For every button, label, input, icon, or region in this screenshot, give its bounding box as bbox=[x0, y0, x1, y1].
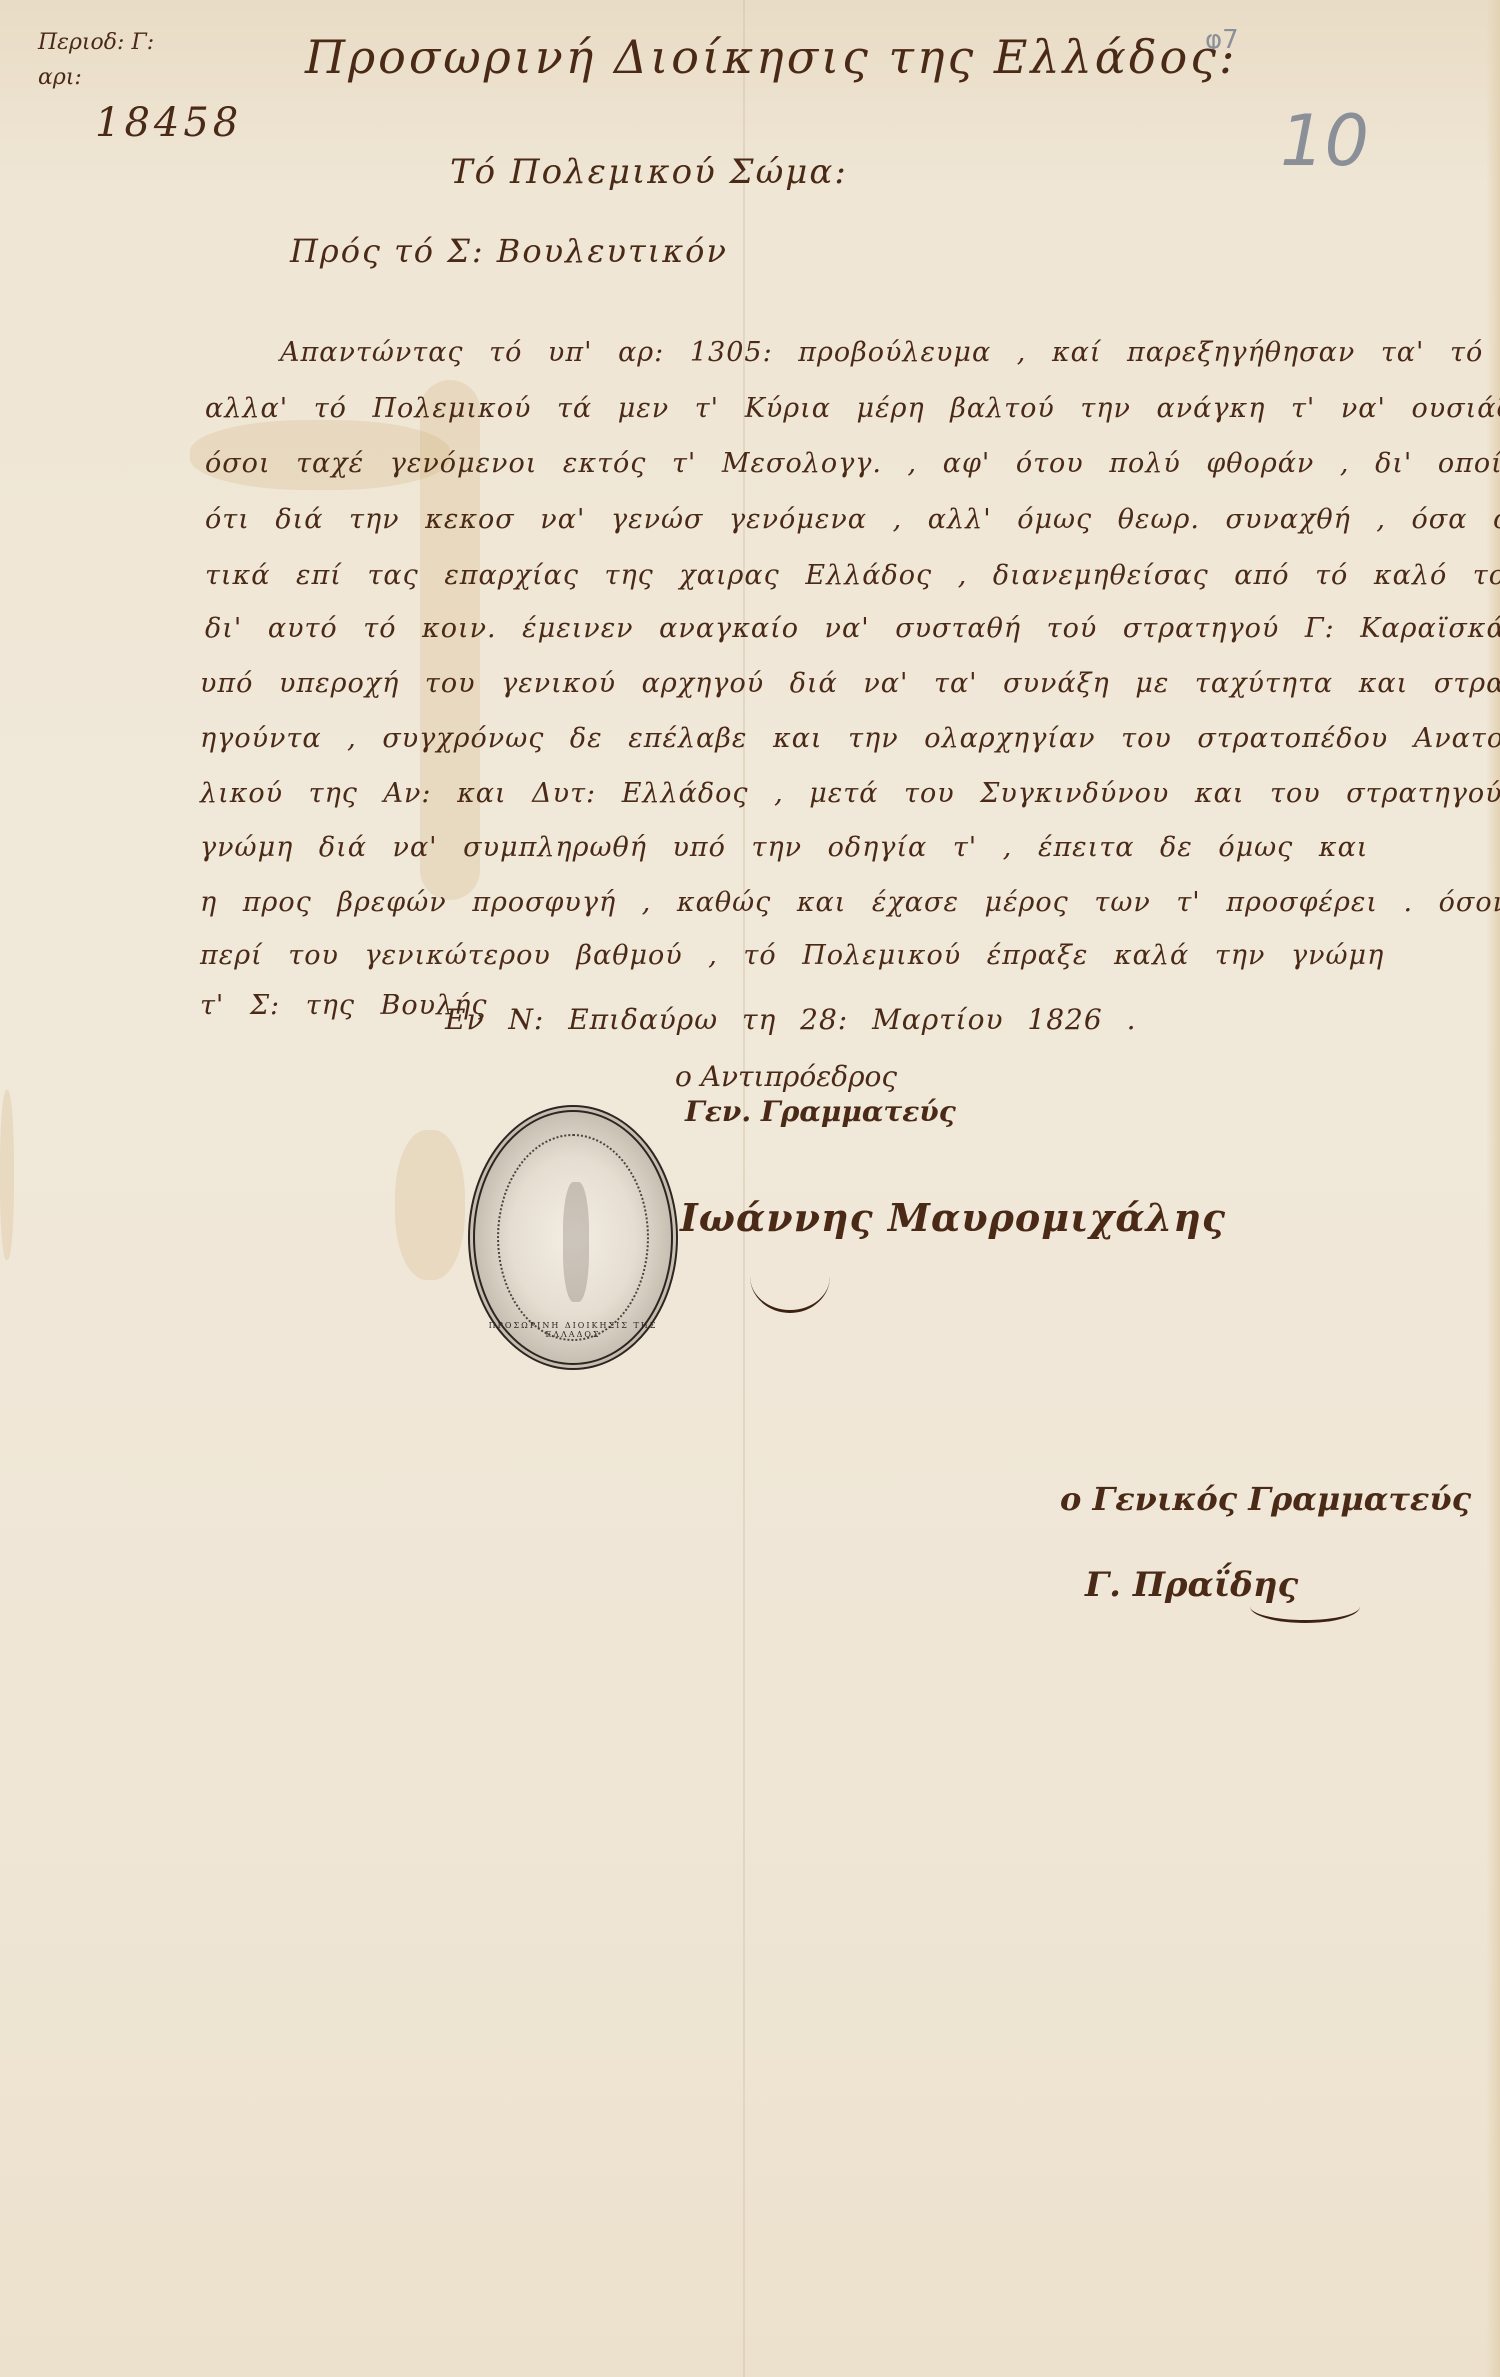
margin-note-line1: Περιοδ: Γ: bbox=[38, 30, 154, 55]
body-line: όσοι ταχέ γενόμενοι εκτός τ' Μεσολογγ. ,… bbox=[205, 448, 1500, 479]
body-line: τικά επί τας επαρχίας της χαιρας Ελλάδος… bbox=[205, 560, 1500, 591]
body-line: αλλα' τό Πολεμικού τά μεν τ' Κύρια μέρη … bbox=[205, 393, 1500, 424]
margin-note: Περιοδ: Γ: αρι: bbox=[38, 30, 154, 90]
water-stain bbox=[0, 1090, 14, 1260]
signatory-title-line2: Γεν. Γραμματεύς bbox=[685, 1095, 956, 1128]
official-seal: ΠΡΟΣΩΡΙΝΗ ΔΙΟΙΚΗΣΙΣ ΤΗΣ ΕΛΛΑΔΟΣ bbox=[468, 1105, 678, 1370]
body-line: Απαντώντας τό υπ' αρ: 1305: προβούλευμα … bbox=[280, 337, 1500, 368]
body-line: ηγούντα , συγχρόνως δε επέλαβε και την ο… bbox=[200, 723, 1500, 754]
reference-number: 18458 bbox=[95, 100, 242, 146]
water-stain bbox=[395, 1130, 465, 1280]
dateline: Εν Ν: Επιδαύρω τη 28: Μαρτίου 1826 . bbox=[445, 1003, 1136, 1036]
body-line: λικού της Αν: και Δυτ: Ελλάδος , μετά το… bbox=[200, 778, 1500, 809]
countersignature-flourish bbox=[1250, 1590, 1360, 1623]
addressee-line2: Πρός τό Σ: Βουλευτικόν bbox=[290, 232, 728, 270]
body-line: ότι διά την κεκοσ να' γενώσ γενόμενα , α… bbox=[205, 504, 1500, 535]
seal-inscription: ΠΡΟΣΩΡΙΝΗ ΔΙΟΙΚΗΣΙΣ ΤΗΣ ΕΛΛΑΔΟΣ bbox=[475, 1321, 671, 1339]
folio-number: 10 bbox=[1280, 100, 1369, 182]
body-line: η προς βρεφών προσφυγή , καθώς και έχασε… bbox=[200, 887, 1500, 918]
signature-flourish bbox=[750, 1240, 830, 1313]
countersignature-line1: ο Γενικός Γραμματεύς bbox=[1060, 1480, 1471, 1518]
body-line: γνώμη διά να' συμπληρωθή υπό την οδηγία … bbox=[200, 832, 1368, 863]
signature: Ιωάννης Μαυρομιχάλης bbox=[680, 1195, 1226, 1240]
body-line: υπό υπεροχή του γενικού αρχηγού διά να' … bbox=[200, 668, 1500, 699]
addressee-line1: Τό Πολεμικού Σώμα: bbox=[450, 152, 848, 192]
signatory-title-line1: ο Αντιπρόεδρος bbox=[675, 1060, 897, 1093]
document-title: Προσωρινή Διοίκησις της Ελλάδος: bbox=[305, 30, 1238, 84]
body-line: δι' αυτό τό κοιν. έμεινεν αναγκαίο να' σ… bbox=[205, 613, 1500, 644]
margin-note-line2: αρι: bbox=[38, 65, 154, 90]
seal-figure bbox=[563, 1182, 589, 1302]
body-line: περί του γενικώτερου βαθμού , τό Πολεμικ… bbox=[200, 940, 1384, 971]
